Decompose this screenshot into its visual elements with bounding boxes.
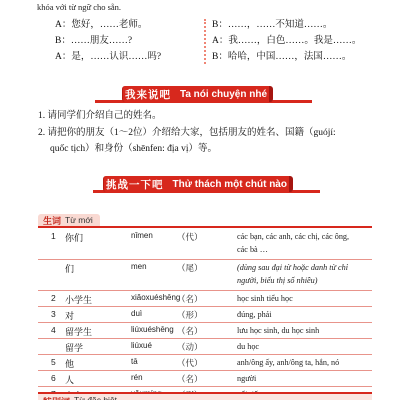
dialogue-line: B：哈哈，中国……，法国……。 xyxy=(212,49,361,65)
vocab-zh-label: 生词 xyxy=(43,214,61,227)
dialogue-line: A：您好，……老师。 xyxy=(55,17,161,33)
vocab-pos: （代） xyxy=(177,357,203,369)
vocab-section-tab: 生词 Từ mới xyxy=(38,214,100,226)
instruction-line: 1. 请同学们介绍自己的姓名。 xyxy=(38,108,373,125)
banner-challenge-zh-label: 挑战一下吧 xyxy=(106,177,164,192)
vocab-num: 5 xyxy=(51,357,65,367)
vocab-pos: （动） xyxy=(177,341,203,353)
instruction-line: quốc tịch）和身份（shēnfen: địa vị）等。 xyxy=(38,141,373,158)
dialogue-column-right: B：……，……不知道……。A：我……，白色……。我是……。B：哈哈，中国……，法… xyxy=(212,17,361,65)
vocab-pinyin: rén xyxy=(131,373,143,382)
vocab-meaning: du học xyxy=(237,341,370,354)
vocab-meaning: lưu học sinh, du học sinh xyxy=(237,325,370,338)
vocab-meaning: học sinh tiểu học xyxy=(237,293,370,306)
vocab-pinyin: tā xyxy=(131,357,138,366)
vocab-pos: （名） xyxy=(177,373,203,385)
vocab-pos: （形） xyxy=(177,309,203,321)
vocab-word: 留学生 xyxy=(65,325,92,338)
vocab-row: 1你们nǐmen（代）các bạn, các anh, các chị, cá… xyxy=(38,229,372,260)
vocab-num: 3 xyxy=(51,309,65,319)
dialogue-column-left: A：您好，……老师。B：……朋友……?A：是，……认识……吗? xyxy=(55,17,161,65)
vocab-row: 留学liúxué（动）du học xyxy=(38,339,372,355)
vocab-pos: （名） xyxy=(177,325,203,337)
special-words-bar: 特别词 Từ đặc biệt xyxy=(38,392,372,400)
vocab-num: 2 xyxy=(51,293,65,303)
vocab-num: 6 xyxy=(51,373,65,383)
dialogue-line: A：我……，白色……。我是……。 xyxy=(212,33,361,49)
vocab-header-rule xyxy=(38,226,372,228)
dialogue-line: A：是，……认识……吗? xyxy=(55,49,161,65)
vocab-pinyin: liúxué xyxy=(131,341,152,350)
intro-text: khóa với từ ngữ cho sẵn. xyxy=(37,2,121,12)
vocab-meaning: các bạn, các anh, các chị, các ông, các … xyxy=(237,231,370,256)
instructions-list: 1. 请同学们介绍自己的姓名。2. 请把你的朋友（1～2位）介绍给大家，包括朋友… xyxy=(38,108,373,158)
banner-speak: 我来说吧 Ta nói chuyện nhé xyxy=(122,86,273,102)
vocab-num: 4 xyxy=(51,325,65,335)
dialogue-dotted-divider xyxy=(204,19,206,64)
vocab-pos: （代） xyxy=(177,231,203,243)
vocab-pos: （名） xyxy=(177,293,203,305)
vocab-vi-label: Từ mới xyxy=(65,215,93,225)
banner-challenge-vi-label: Thử thách một chút nào xyxy=(173,179,287,190)
dialogue-line: B：……朋友……? xyxy=(55,33,161,49)
vocab-pos: （尾） xyxy=(177,262,203,274)
vocab-row: 6人rén（名）người xyxy=(38,371,372,387)
vocab-word: 对 xyxy=(65,309,74,322)
vocab-pinyin: xiǎoxuéshēng xyxy=(131,293,180,302)
banner-speak-vi-label: Ta nói chuyện nhé xyxy=(180,89,267,100)
vocab-pinyin: men xyxy=(131,262,147,271)
vocab-meaning: người xyxy=(237,373,370,386)
instruction-line: 2. 请把你的朋友（1～2位）介绍给大家，包括朋友的姓名、国籍（guójí: xyxy=(38,125,373,142)
vocab-pinyin: nǐmen xyxy=(131,231,153,240)
vocab-table: 1你们nǐmen（代）các bạn, các anh, các chị, cá… xyxy=(38,229,372,399)
vocab-word: 小学生 xyxy=(65,293,92,306)
vocab-meaning: anh/ông ấy, anh/ông ta, hắn, nó xyxy=(237,357,370,370)
vocab-word: 你们 xyxy=(65,231,83,244)
vocab-row: 5他tā（代）anh/ông ấy, anh/ông ta, hắn, nó xyxy=(38,355,372,371)
vocab-pinyin: duì xyxy=(131,309,142,318)
vocab-row: 2小学生xiǎoxuéshēng（名）học sinh tiểu học xyxy=(38,291,372,307)
vocab-row: 3对duì（形）đúng, phải xyxy=(38,307,372,323)
dialogue-line: B：……，……不知道……。 xyxy=(212,17,361,33)
vocab-num: 1 xyxy=(51,231,65,241)
vocab-meaning: (dùng sau đại từ hoặc danh từ chỉ người,… xyxy=(237,262,370,287)
special-words-vi-label: Từ đặc biệt xyxy=(74,395,117,400)
special-words-zh-label: 特别词 xyxy=(43,395,70,400)
vocab-meaning: đúng, phải xyxy=(237,309,370,322)
vocab-word: 留学 xyxy=(65,341,83,354)
vocab-word: 们 xyxy=(65,262,74,275)
banner-speak-zh-label: 我来说吧 xyxy=(125,87,171,102)
vocab-row: 4留学生liúxuéshēng（名）lưu học sinh, du học s… xyxy=(38,323,372,339)
vocab-word: 他 xyxy=(65,357,74,370)
vocab-row: 们men（尾）(dùng sau đại từ hoặc danh từ chỉ… xyxy=(38,260,372,291)
vocab-pinyin: liúxuéshēng xyxy=(131,325,174,334)
vocab-word: 人 xyxy=(65,373,74,386)
banner-challenge: 挑战一下吧 Thử thách một chút nào xyxy=(103,176,293,192)
